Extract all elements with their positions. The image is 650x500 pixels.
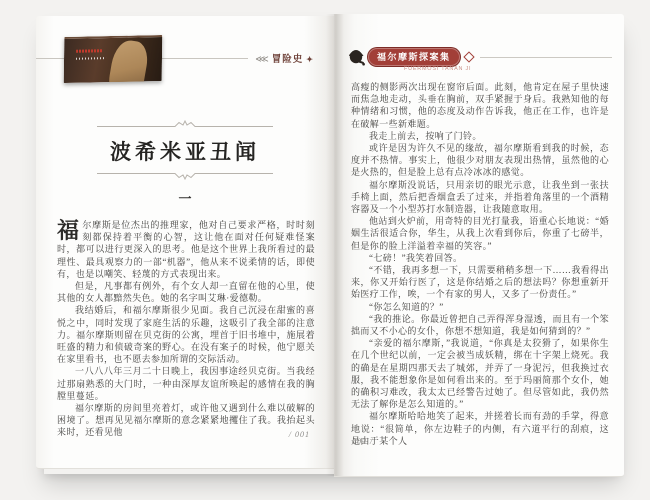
page-number-right: 002 / (352, 437, 373, 446)
body-paragraph: 他站到火炉前，用奇特的目光打量我，语重心长地说：“婚姻生活很适合你，华生，从我上… (351, 215, 609, 252)
drop-cap: 福 (57, 220, 79, 241)
running-header-right: 福尔摩斯探案集 FUERMOSI TANAN JI (348, 46, 612, 68)
left-page-body: 福尔摩斯是位杰出的推理家，他对自己要求严格，时时刻刻都保持着平衡的心智，这让他在… (57, 219, 315, 439)
ornament-rule-bottom (97, 171, 273, 180)
page-number-left: / 001 (289, 430, 310, 439)
body-paragraph: “你怎么知道的？” (351, 301, 609, 313)
cover-white-text-mark (76, 58, 106, 61)
left-page: ⋘冒险史✦ 波希米亚丑闻 一 福尔摩斯是位杰出的推理家，他对自己要求严格，时时刻… (36, 16, 334, 469)
running-header-left: ⋘冒险史✦ (255, 51, 314, 65)
detective-silhouette-icon (348, 47, 365, 66)
body-paragraph: 高瘦的侧影两次出现在窗帘后面。此刻，他肯定在屋子里快速而焦急地走动，头垂在胸前，… (351, 81, 609, 130)
body-paragraph: 福尔摩斯是位杰出的推理家，他对自己要求严格，时时刻刻都保持着平衡的心智，这让他在… (57, 219, 315, 280)
body-paragraph: 一八八八年三月二十日晚上，我因事途经贝克街。当我经过那扇熟悉的大门时，一种由深厚… (57, 365, 315, 402)
body-paragraph: 福尔摩斯没说话，只用亲切的眼光示意，让我坐到一张扶手椅上面，然后把香烟盒丢了过来… (351, 179, 609, 216)
body-paragraph: 福尔摩斯哈哈地笑了起来，并搓着长而有劲的手掌，得意地说：“很简单，你左边鞋子的内… (351, 410, 609, 447)
right-page: 福尔摩斯探案集 FUERMOSI TANAN JI 高瘦的侧影两次出现在窗帘后面… (334, 14, 624, 477)
body-paragraph: 或许是因为许久不见的缘故，福尔摩斯看到我的时候，态度并不热情。事实上，他很少对朋… (351, 142, 609, 179)
cover-figure-art (106, 38, 150, 83)
chapter-title: 波希米亚丑闻 (36, 136, 334, 166)
photo-of-open-book: { "book": { "colors": { "banner_red": "#… (0, 0, 650, 500)
section-number: 一 (36, 188, 334, 207)
paragraph-text: 尔摩斯是位杰出的推理家，他对自己要求严格，时时刻刻都保持着平衡的心智，这让他在面… (57, 220, 315, 279)
diamond-icon (463, 51, 474, 62)
cover-red-text-mark (76, 50, 102, 54)
body-paragraph: 我走上前去，按响了门铃。 (351, 130, 609, 142)
body-paragraph: “不错，我再多想一下，只需要稍稍多想一下……我看得出来，你又开始行医了，这是你结… (351, 264, 609, 301)
body-paragraph: 福尔摩斯的房间里亮着灯，或许他又遇到什么难以破解的困境了。想再见见福尔摩斯的意念… (57, 402, 315, 439)
body-paragraph: 但是，凡事都有例外，有个女人却一直留在他的心里，使其他的女人都黯然失色。她的名字… (57, 280, 315, 304)
body-paragraph: 我结婚后，和福尔摩斯很少见面。我自己沉浸在甜蜜的喜悦之中，同时发现了家庭生活的乐… (57, 304, 315, 365)
right-page-body: 高瘦的侧影两次出现在窗帘后面。此刻，他肯定在屋子里快速而焦急地走动，头垂在胸前，… (351, 81, 609, 447)
book-cover-thumbnail (64, 35, 163, 83)
diamond-star-icon: ✦ (306, 55, 314, 64)
pinyin-caption: FUERMOSI TANAN JI (404, 66, 471, 71)
ornament-rule-top (97, 120, 273, 129)
book-title-banner: 福尔摩斯探案集 (368, 48, 460, 66)
header-rule (480, 57, 612, 58)
chapter-title-block: 波希米亚丑闻 (36, 116, 334, 185)
body-paragraph: “七磅！”我笑着回答。 (351, 252, 609, 264)
body-paragraph: “我的推论。你最近曾把自己弄得浑身湿透，而且有一个笨拙而又不小心的女仆，你想不想… (351, 313, 609, 337)
body-paragraph: “亲爱的福尔摩斯，”我说道，“你真是太狡猾了，如果你生在几个世纪以前，一定会被当… (351, 337, 609, 410)
series-title: 冒险史 (272, 55, 304, 65)
angle-marks-icon: ⋘ (255, 55, 268, 65)
